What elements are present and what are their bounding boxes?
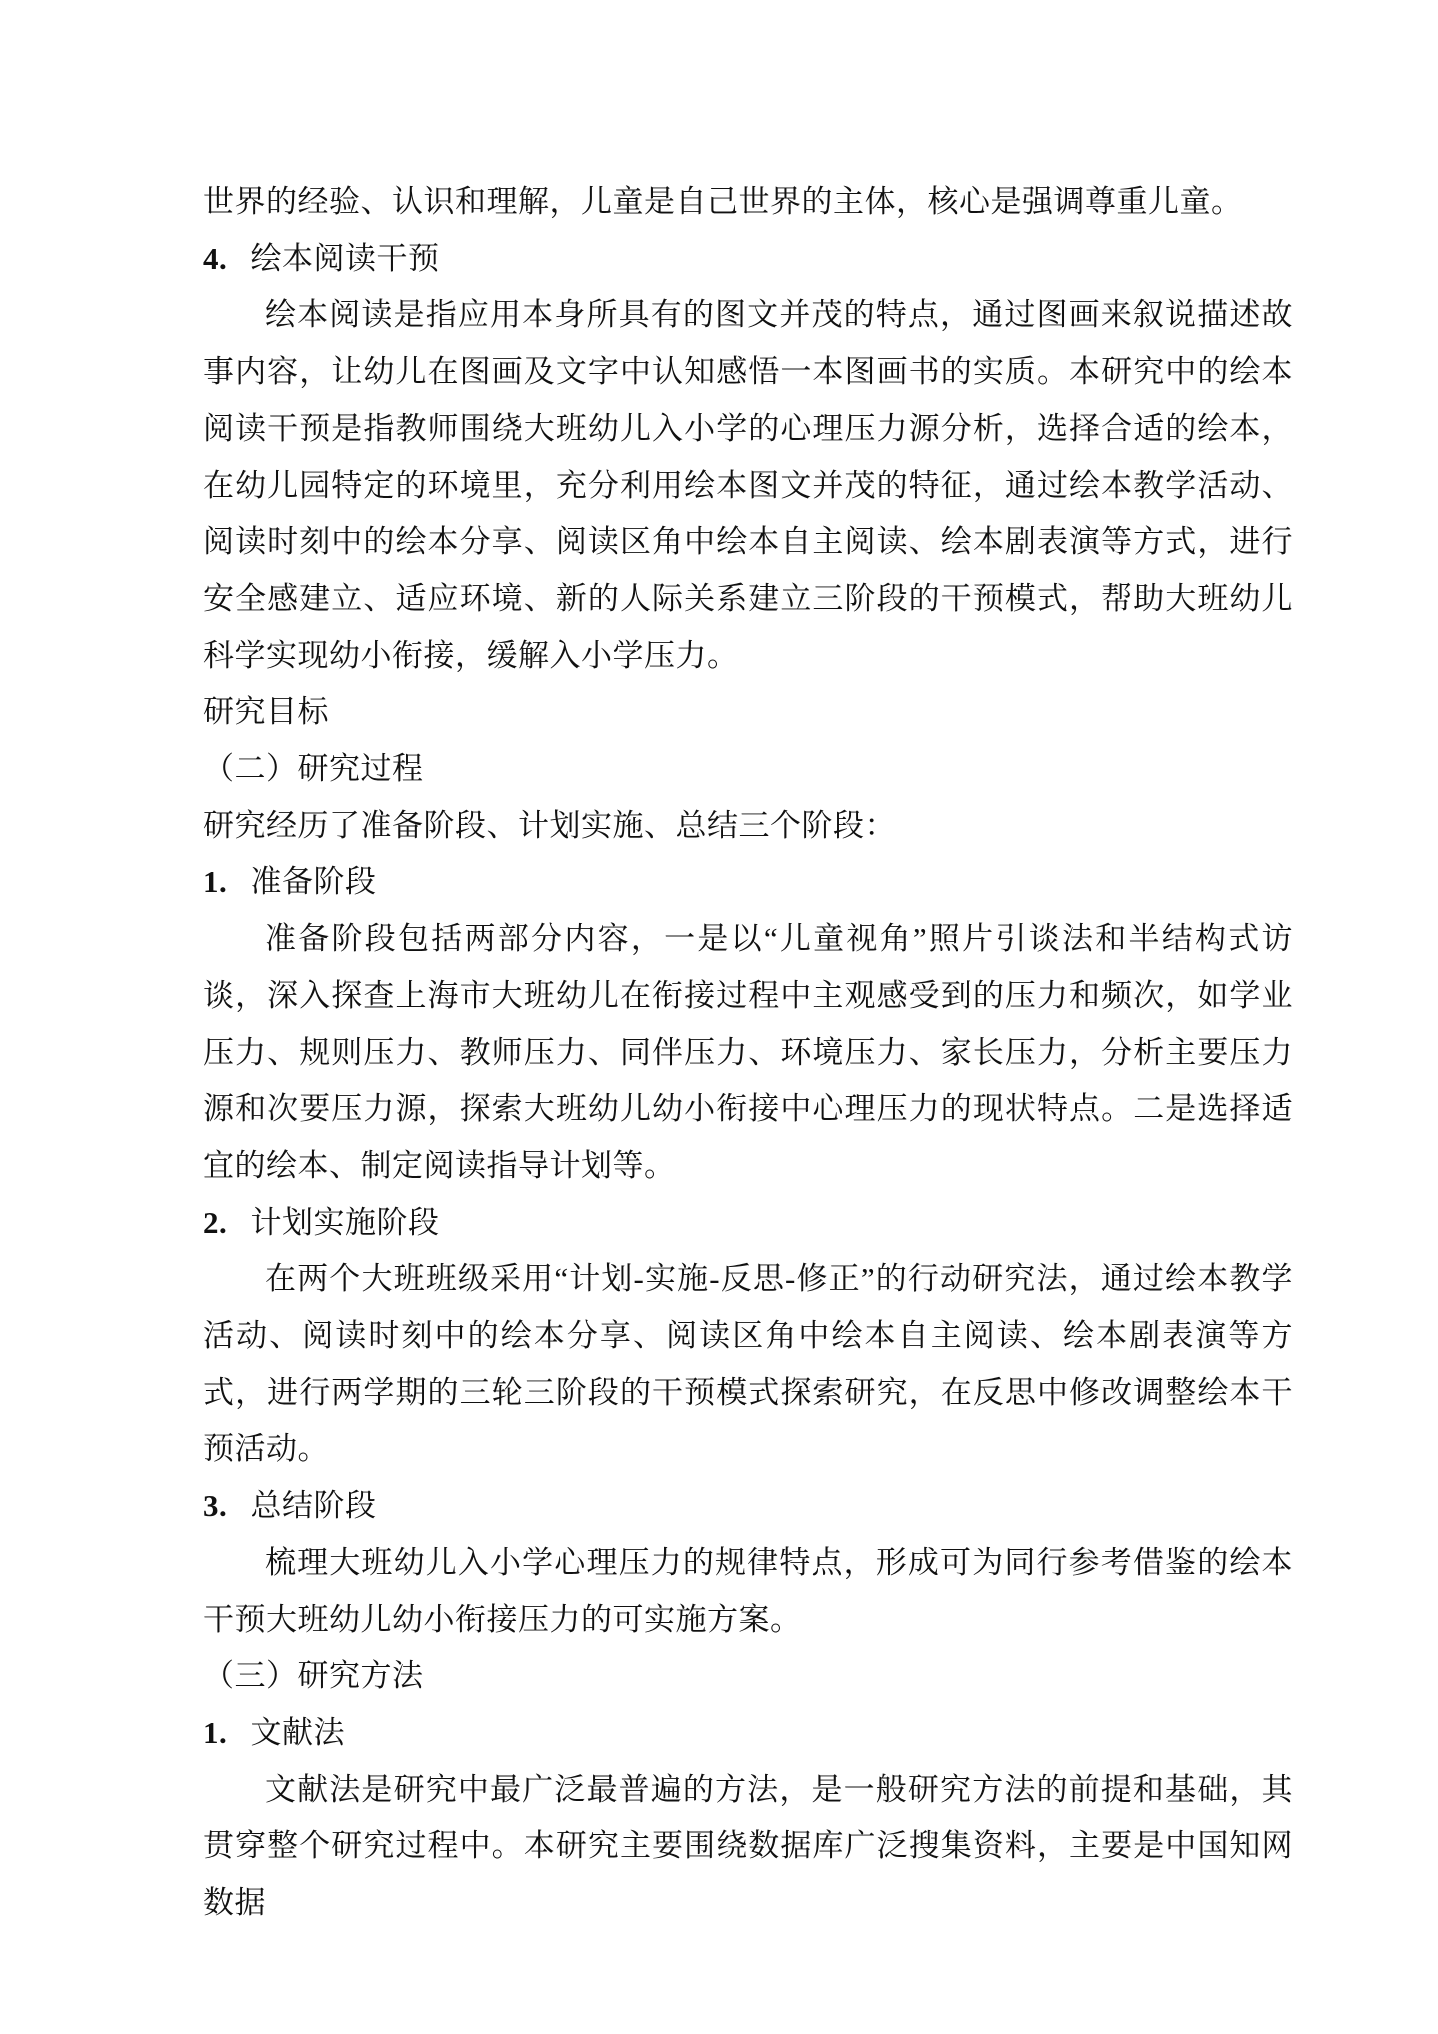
heading-text: （二）研究过程 bbox=[203, 751, 424, 786]
paragraph-plan-implementation-stage: 在两个大班班级采用“计划-实施-反思-修正”的行动研究法，通过绘本教学活动、阅读… bbox=[203, 1251, 1293, 1478]
heading-number: 1. bbox=[203, 854, 227, 911]
heading-4-picture-book-reading-intervention: 4.绘本阅读干预 bbox=[203, 231, 1293, 288]
heading-text: 绘本阅读干预 bbox=[251, 241, 440, 276]
heading-section-3-research-methods: （三）研究方法 bbox=[203, 1648, 1293, 1705]
heading-text: （三）研究方法 bbox=[203, 1658, 424, 1693]
paragraph-summary-stage: 梳理大班幼儿入小学心理压力的规律特点，形成可为同行参考借鉴的绘本干预大班幼儿幼小… bbox=[203, 1535, 1293, 1648]
document-page: 世界的经验、认识和理解，儿童是自己世界的主体，核心是强调尊重儿童。 4.绘本阅读… bbox=[0, 0, 1438, 2034]
heading-3-summary-stage: 3.总结阶段 bbox=[203, 1478, 1293, 1535]
paragraph-picture-book-intervention-definition: 绘本阅读是指应用本身所具有的图文并茂的特点，通过图画来叙说描述故事内容，让幼儿在… bbox=[203, 287, 1293, 684]
paragraph-continuation-children-world: 世界的经验、认识和理解，儿童是自己世界的主体，核心是强调尊重儿童。 bbox=[203, 174, 1293, 231]
paragraph-preparation-stage: 准备阶段包括两部分内容，一是以“儿童视角”照片引谈法和半结构式访谈，深入探查上海… bbox=[203, 911, 1293, 1195]
heading-number: 2. bbox=[203, 1195, 227, 1252]
heading-section-2-research-process: （二）研究过程 bbox=[203, 741, 1293, 798]
paragraph-literature-method: 文献法是研究中最广泛最普遍的方法，是一般研究方法的前提和基础，其贯穿整个研究过程… bbox=[203, 1762, 1293, 1932]
heading-number: 4. bbox=[203, 231, 227, 288]
heading-number: 1. bbox=[203, 1705, 227, 1762]
heading-text: 准备阶段 bbox=[251, 864, 377, 899]
line-research-goal: 研究目标 bbox=[203, 684, 1293, 741]
heading-number: 3. bbox=[203, 1478, 227, 1535]
heading-1-literature-method: 1.文献法 bbox=[203, 1705, 1293, 1762]
heading-1-preparation-stage: 1.准备阶段 bbox=[203, 854, 1293, 911]
heading-text: 总结阶段 bbox=[251, 1488, 377, 1523]
line-three-stages-lead: 研究经历了准备阶段、计划实施、总结三个阶段： bbox=[203, 798, 1293, 855]
document-text-block: 世界的经验、认识和理解，儿童是自己世界的主体，核心是强调尊重儿童。 4.绘本阅读… bbox=[203, 174, 1293, 1932]
heading-text: 文献法 bbox=[251, 1715, 346, 1750]
heading-2-plan-implementation-stage: 2.计划实施阶段 bbox=[203, 1195, 1293, 1252]
heading-text: 计划实施阶段 bbox=[251, 1205, 440, 1240]
